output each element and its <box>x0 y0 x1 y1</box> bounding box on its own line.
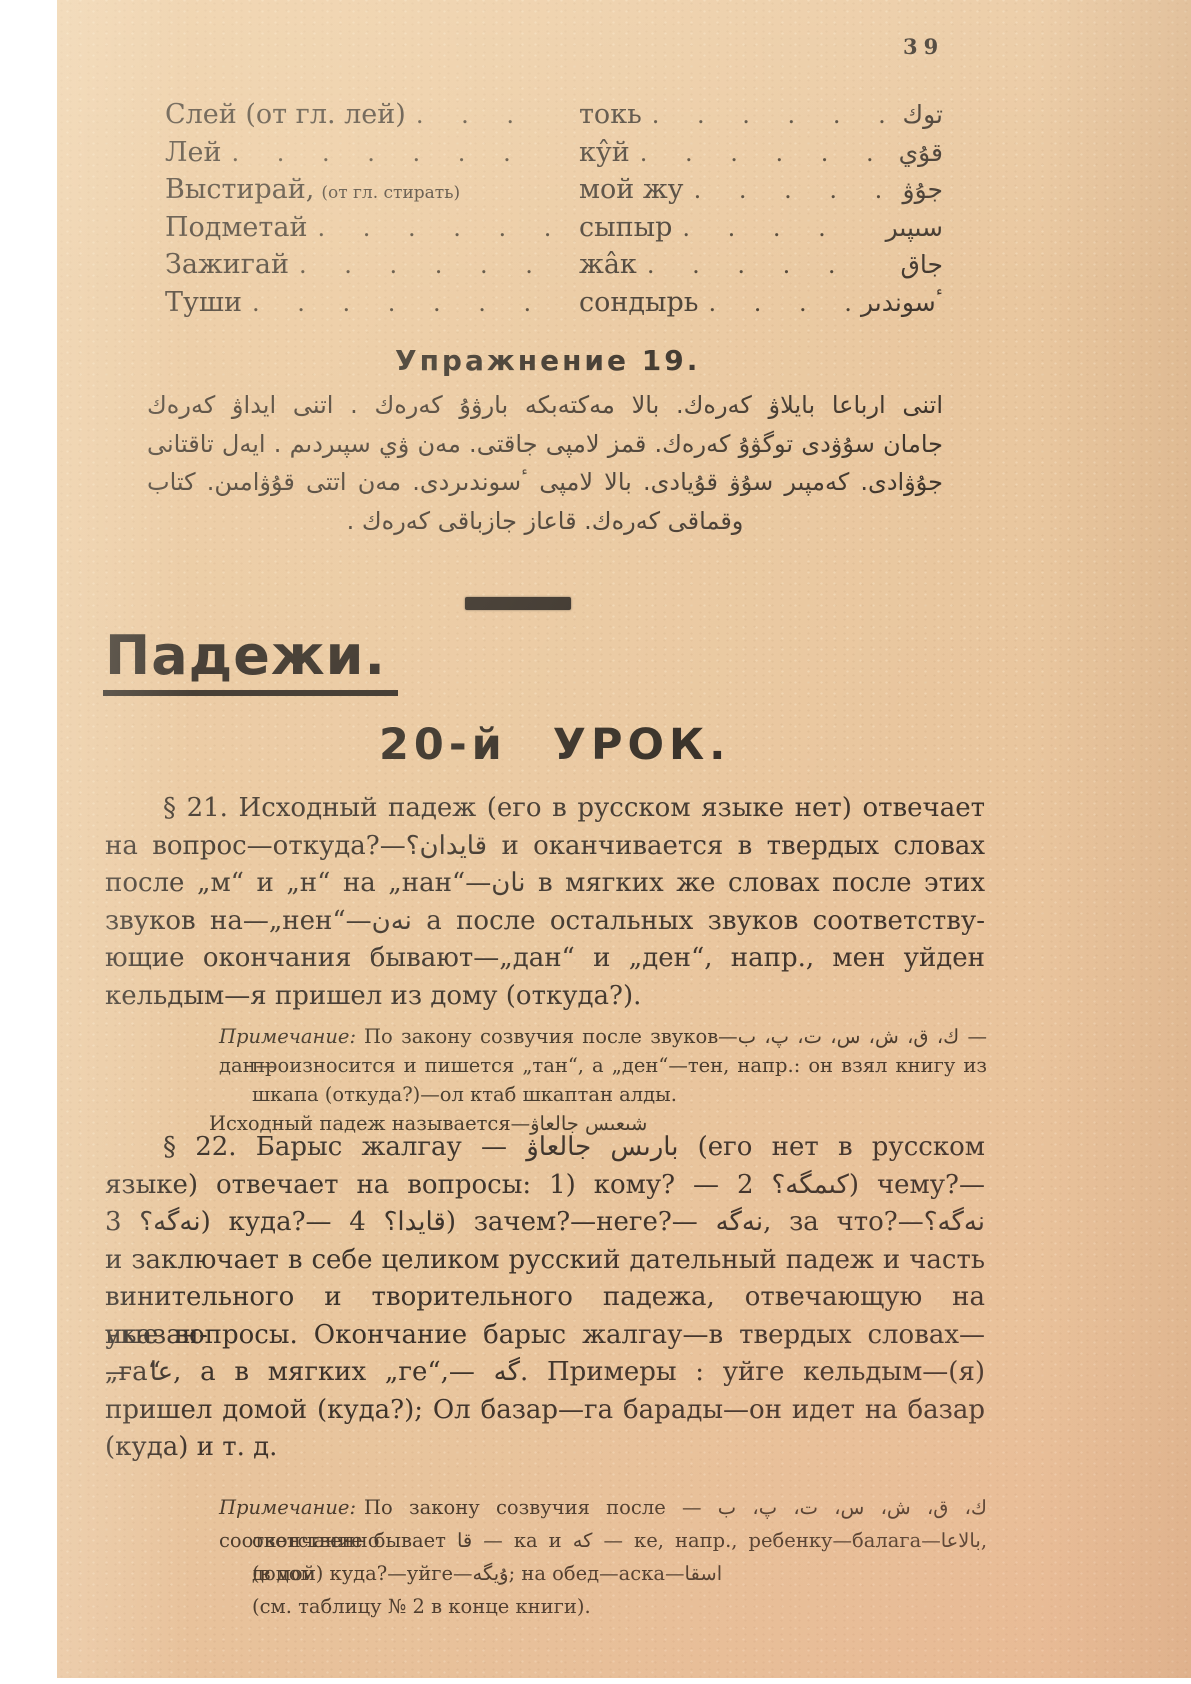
vocab-term-arabic: قۇي <box>899 138 943 167</box>
exercise-title: Упражнение 19. <box>395 344 700 377</box>
vocab-term-ru: Подметай <box>165 212 307 243</box>
text-line: ющие окончания бывают—„дан“ и „ден“, нап… <box>105 940 985 978</box>
text-line: языке) отвечает на вопросы: 1) кому? — ك… <box>105 1167 985 1205</box>
text-line: произносится и пишется „тан“, а „ден“—те… <box>219 1051 987 1080</box>
dot-leader: . . . <box>406 101 579 129</box>
paragraph-22: § 22. Барыс жалгау — بارىس جالعاۋ (его н… <box>105 1129 985 1467</box>
note-label: Примечание: <box>219 1496 356 1519</box>
text-line: § 22. Барыс жалгау — بارىس جالعاۋ (его н… <box>105 1129 985 1167</box>
vocab-transliteration: сондырь <box>579 287 698 318</box>
vocab-term-ru: Выстирай, <box>165 174 314 205</box>
text-line: звуков на—„нен“—نەن а после остальных зв… <box>105 903 985 941</box>
book-page: 39 Слей (от гл. лей). . . токь . . . . .… <box>57 0 1191 1678</box>
text-line: винительного и творительного падежа, отв… <box>105 1279 985 1317</box>
vocab-term-arabic: ٴسوندىر <box>861 288 943 317</box>
vocabulary-list: Слей (от гл. лей). . . токь . . . . . . … <box>165 99 943 325</box>
text-line: кельдым—я пришел из дому (откуда?). <box>105 978 985 1016</box>
vocab-term-arabic: جۇۋ <box>903 175 943 204</box>
vocab-row: Слей (от гл. лей). . . токь . . . . . . … <box>165 99 943 137</box>
page-number: 39 <box>903 34 944 59</box>
dot-leader: . . . . . <box>637 251 901 279</box>
vocab-row: Выстирай,(от гл. стирать) мой жу . . . .… <box>165 174 943 212</box>
vocab-row: Зажигай. . . . . . жа̂к . . . . . جاق <box>165 249 943 287</box>
text-line: (куда) и т. д. <box>105 1429 985 1467</box>
vocab-term-arabic: جاق <box>901 250 943 279</box>
vocab-term-ru: Слей (от гл. лей) <box>165 99 406 130</box>
scanned-book-page-canvas: 39 Слей (от гл. лей). . . токь . . . . .… <box>0 0 1191 1684</box>
dot-leader: . . . . <box>698 289 861 317</box>
section-title: Падежи. <box>103 624 398 696</box>
dot-leader: . . . . . . <box>289 251 579 279</box>
text-line: — عا, а в мягких „ге“,— گە. Примеры : уй… <box>105 1354 985 1392</box>
arabic-text-line: وقماقى كەرەك. قاعاز جازباقى كەرەك . <box>147 502 943 541</box>
vocab-transliteration: сыпыр <box>579 212 672 243</box>
text-line: пришел домой (куда?); Ол базар—га барады… <box>105 1392 985 1430</box>
vocab-term-arabic: سىپىر <box>886 213 943 242</box>
lesson-title: 20-й УРОК. <box>379 720 731 770</box>
exercise-arabic-text: اتنى ارباعا بايلاۋ كەرەك. بالا مەكتەبكە … <box>147 386 943 540</box>
vocab-row: Лей. . . . . . . ку̂й . . . . . . قۇي <box>165 137 943 175</box>
vocab-transliteration: токь <box>579 99 642 130</box>
note-label: Примечание: <box>219 1025 356 1048</box>
dot-leader: . . . . . . . <box>684 176 903 204</box>
section-separator-bar <box>465 597 571 610</box>
text-line: после „м“ и „н“ на „нан“—نان в мягких же… <box>105 865 985 903</box>
paragraph-21: § 21. Исходный падеж (его в русском язык… <box>105 790 985 1015</box>
dot-leader: . . . . . . . <box>222 139 579 167</box>
text-line: § 21. Исходный падеж (его в русском язык… <box>105 790 985 828</box>
text-line: (см. таблицу № 2 в конце книги). <box>219 1590 987 1623</box>
vocab-term-ru: Туши <box>165 287 242 318</box>
footnote-21: Примечание:По закону созвучия после звук… <box>219 1022 987 1138</box>
footnote-22: Примечание:По закону созвучия после — ك،… <box>219 1491 987 1623</box>
text-line: шкапа (откуда?)—ол ктаб шкаптан алды. <box>219 1080 987 1109</box>
text-line: نەگە؟ 3) куда?— قايدا؟ 4) зачем?—неге?— … <box>105 1204 985 1242</box>
vocab-row: Туши. . . . . . . сондырь . . . . ٴسوندى… <box>165 287 943 325</box>
dot-leader: . . . . . . . <box>242 289 579 317</box>
text-line: (в дом) куда?—уйге—ۇيگە; на обед—аска—اس… <box>219 1557 987 1590</box>
vocab-transliteration: мой жу <box>579 174 684 205</box>
vocab-term-arabic: توك <box>903 100 943 129</box>
arabic-text-line: جامان سۇۋدى توگۋۇ كەرەك. قمز لامپى جاقتى… <box>147 425 943 464</box>
dot-leader: . . . . <box>672 214 885 242</box>
vocab-row: Подметай. . . . . . сыпыр . . . . سىپىر <box>165 212 943 250</box>
vocab-term-ru-note: (от гл. стирать) <box>321 183 460 203</box>
vocab-term-ru: Зажигай <box>165 249 289 280</box>
arabic-text-line: اتنى ارباعا بايلاۋ كەرەك. بالا مەكتەبكە … <box>147 386 943 425</box>
vocab-transliteration: ку̂й <box>579 137 630 168</box>
text-line: ные вопросы. Окончание барыс жалгау—в тв… <box>105 1317 985 1355</box>
dot-leader: . . . . . . <box>642 101 903 129</box>
text-line: Примечание:По закону созвучия после — ك،… <box>219 1491 987 1524</box>
text-line: Примечание:По закону созвучия после звук… <box>219 1022 987 1051</box>
text-line: на вопрос—откуда?—قايدان؟ и оканчивается… <box>105 828 985 866</box>
arabic-text-line: جۇۋادى. كەمپىر سۇۋ قۇيادى. بالا لامپى ٴس… <box>147 463 943 502</box>
dot-leader: . . . . . . <box>307 214 579 242</box>
vocab-term-ru: Лей <box>165 137 222 168</box>
dot-leader: . . . . . . <box>630 139 899 167</box>
vocab-transliteration: жа̂к <box>579 249 637 280</box>
text-line: окончание бывает قا — ка и كە — ке, напр… <box>219 1524 987 1557</box>
text-line: и заключает в себе целиком русский дател… <box>105 1242 985 1280</box>
